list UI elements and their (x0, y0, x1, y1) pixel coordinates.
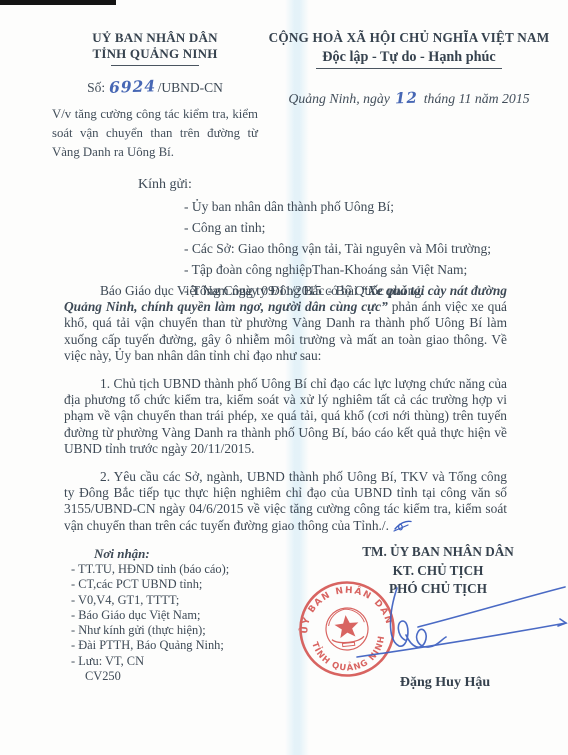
document-number: Số: 6924/UBND-CN (52, 77, 258, 96)
issuing-authority-block: UỶ BAN NHÂN DÂN TỈNH QUẢNG NINH Số: 6924… (52, 30, 258, 162)
signature-line1: TM. ỦY BAN NHÂN DÂN (330, 543, 546, 562)
document-subject: V/v tăng cường công tác kiểm tra, kiểm s… (52, 105, 258, 162)
national-header-block: CỘNG HOÀ XÃ HỘI CHỦ NGHĨA VIỆT NAM Độc l… (256, 30, 562, 107)
national-motto: Độc lập - Tự do - Hạnh phúc (316, 49, 501, 69)
distribution-label: Nơi nhận: (94, 546, 150, 562)
signer-name: Đặng Huy Hậu (365, 675, 525, 691)
org-underline (111, 65, 199, 66)
distribution-item: - V0,V4, GT1, TTTT; (71, 593, 229, 608)
national-title: CỘNG HOÀ XÃ HỘI CHỦ NGHĨA VIỆT NAM (256, 30, 562, 46)
body-paragraph-3: 2. Yêu cầu các Sở, ngành, UBND thành phố… (64, 469, 507, 534)
org-name-line1: UỶ BAN NHÂN DÂN (52, 30, 258, 46)
recipients-label: Kính gửi: (138, 177, 192, 193)
distribution-item: - Lưu: VT, CN (71, 654, 229, 669)
distribution-item: - Báo Giáo dục Việt Nam; (71, 608, 229, 623)
body-paragraph-2: 1. Chủ tịch UBND thành phố Uông Bí chỉ đ… (64, 376, 507, 457)
distribution-item: - TT.TU, HĐND tỉnh (báo cáo); (71, 562, 229, 577)
date-line: Quảng Ninh, ngày 12 tháng 11 năm 2015 (256, 89, 562, 107)
distribution-item: CV250 (71, 669, 229, 684)
scan-artifact-bar (0, 0, 116, 5)
distribution-item: - Đài PTTH, Báo Quảng Ninh; (71, 638, 229, 653)
distribution-list: - TT.TU, HĐND tỉnh (báo cáo); - CT,các P… (71, 562, 229, 684)
scanned-official-document: UỶ BAN NHÂN DÂN TỈNH QUẢNG NINH Số: 6924… (0, 0, 568, 755)
recipient-item: - Ủy ban nhân dân thành phố Uông Bí; (184, 196, 491, 217)
org-name-line2: TỈNH QUẢNG NINH (52, 46, 258, 62)
recipient-item: - Tập đoàn công nghiệpThan-Khoáng sản Vi… (184, 259, 491, 280)
recipient-item: - Các Sở: Giao thông vận tải, Tài nguyên… (184, 238, 491, 259)
body-paragraph-1: Báo Giáo dục Việt Nam ngày 09/11/2015 có… (64, 283, 507, 364)
distribution-item: - Như kính gửi (thực hiện); (71, 623, 229, 638)
handwritten-initial-mark (392, 518, 414, 532)
distribution-item: - CT,các PCT UBND tỉnh; (71, 577, 229, 592)
handwritten-day: 12 (395, 89, 418, 108)
recipient-item: - Công an tỉnh; (184, 217, 491, 238)
document-body: Báo Giáo dục Việt Nam ngày 09/11/2015 có… (64, 283, 507, 546)
handwritten-doc-number: 6924 (109, 76, 157, 97)
